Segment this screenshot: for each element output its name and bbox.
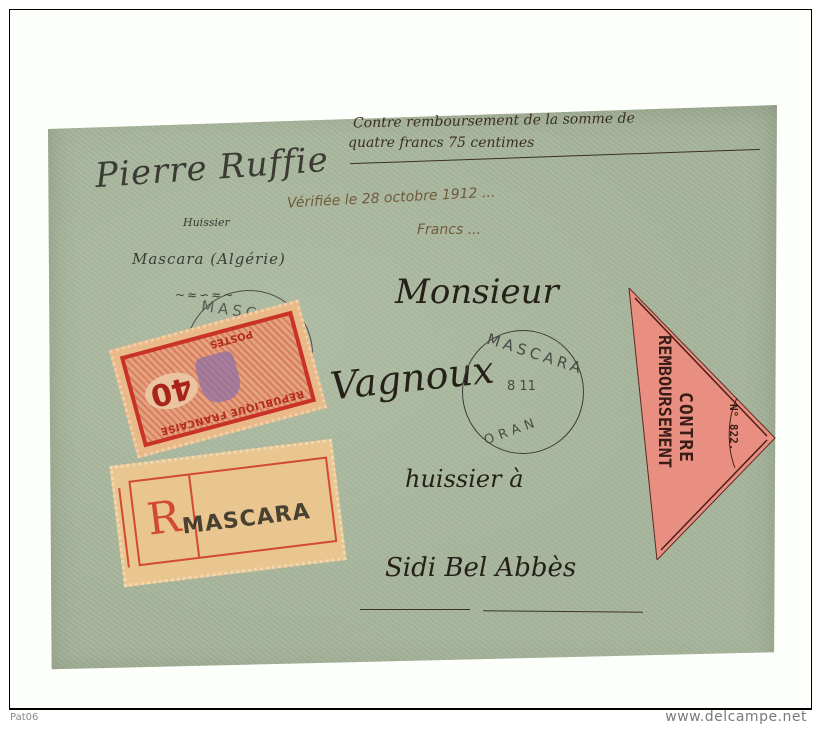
registration-letter: R: [144, 491, 183, 546]
address-city: Sidi Bel Abbès: [385, 553, 576, 583]
cod-label-line-2: REMBOURSEMENT: [654, 335, 674, 468]
cod-label-line-1: CONTRE: [675, 392, 696, 463]
address-salutation: Monsieur: [395, 272, 559, 312]
postmark-region: ORAN: [482, 415, 541, 449]
address-underline: [360, 609, 470, 610]
uploader-name: Pat06: [10, 712, 38, 723]
sender-city: Mascara (Algérie): [132, 250, 286, 268]
cod-triangle-label: [627, 288, 777, 560]
address-profession: huissier à: [405, 465, 524, 493]
stamp-postes: POSTES: [208, 328, 253, 350]
pencil-note-line-2: Francs ...: [417, 222, 481, 238]
stamp-allegory-icon: [193, 349, 244, 406]
postmark-right: MASCARA 8 11 ORAN: [462, 330, 584, 454]
cod-note-line-2: quatre francs 75 centimes: [348, 135, 534, 151]
registration-city: MASCARA: [181, 499, 312, 540]
stamp-value: 40: [141, 367, 202, 415]
sender-title: Huissier: [183, 216, 230, 229]
site-watermark: www.delcampe.net: [665, 709, 807, 725]
cod-label-number: N° 822.: [727, 404, 740, 450]
postmark-date: 8 11: [507, 379, 536, 395]
triangle-label-shape: [627, 288, 777, 560]
